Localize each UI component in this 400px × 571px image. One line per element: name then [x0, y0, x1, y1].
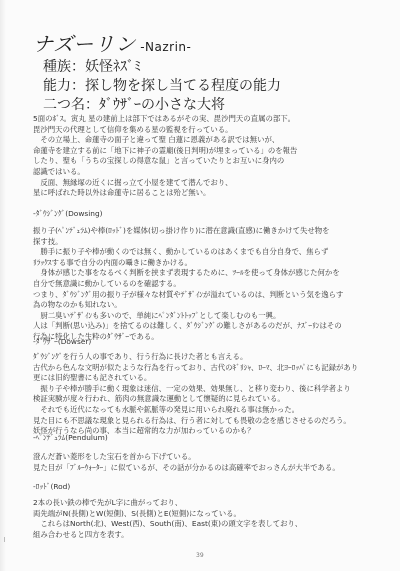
section-body-rod: 2本の長い鉄の棒で先がL字に曲がっており、 両先端がN(長側)とW(短側)、S(…	[33, 498, 368, 540]
section-body-pendulum: 澄んだ蒼い菱形をした宝石を首から下げている。 見た目が「ﾌﾞﾙｰｳｫｰﾀｰ」に似…	[33, 452, 368, 473]
page-number: 39	[196, 552, 204, 559]
text-line: 振り子や棒が勝手に動く現象は迷信、一定の効果、効果無し、と移り変わり、後に科学者…	[33, 384, 368, 395]
page-edge-shadow	[0, 0, 6, 571]
text-line: 毘沙門天の代理として信仰を集める星の監視を行っている。	[33, 125, 368, 136]
text-line: ﾀﾞｳｼﾞﾝｸﾞを行う人の事であり、行う行為に長けた者とも言える。	[33, 352, 368, 363]
text-line: 人は「判断(思い込み)」を捨てるのは難しく、ﾀﾞｳｼﾞﾝｸﾞの難しさがあるのだが…	[33, 321, 368, 332]
title-main: ナズーリン	[33, 32, 136, 56]
intro-paragraph: 5面のﾎﾞｽ。寅丸 星の建前上は部下ではあるがその実、毘沙門天の直属の部下。 毘…	[33, 114, 368, 199]
text-line: 厨二臭いﾃﾞｻﾞｲﾝも多いので、単純にﾍﾟﾝﾀﾞﾝﾄﾄｯﾌﾟとして楽しむのも一興…	[33, 311, 368, 322]
text-line: 自分で無意識に動かしているのを確認する。	[33, 279, 368, 290]
text-line: したり、聖も「うちの宝探しの得意な鼠」と言っていたりとお互いに身内の	[33, 156, 368, 167]
text-line: 星に呼ばれた時以外は命蓮寺に居ることは殆ど無い。	[33, 188, 368, 199]
binding-edge-mark	[4, 537, 8, 542]
section-heading-rod: -ﾛｯﾄﾞ(Rod)	[33, 481, 70, 492]
text-line: 検証実験が度々行われ、筋肉の無意識な運動として懐疑的に見られている。	[33, 394, 368, 405]
text-line: 2本の長い鉄の棒で先がL字に曲がっており、	[33, 498, 368, 509]
text-line: 身体が感じた事をなるべく判断を挟まず表現するために、ﾂｰﾙを使って身体が感じた何…	[33, 268, 368, 279]
text-line: その立場上、命蓮寺の面子と違って聖 白蓮に恩義がある訳では無いが、	[33, 135, 368, 146]
text-line: 反面、無縁塚の近くに掘っ立て小屋を建てて潜んでおり、	[33, 178, 368, 189]
page-title: ナズーリン-Nazrin-	[33, 28, 191, 57]
text-line: 勝手に振り子や棒が動くのでは無く、動かしているのはあくまでも自分自身で、焦らず	[33, 247, 368, 258]
section-heading-dowsing: -ﾀﾞｳｼﾞﾝｸﾞ(Dowsing)	[33, 208, 103, 219]
text-line: 振り子(ﾍﾟﾝﾃﾞｭﾗﾑ)や棒(ﾛｯﾄﾞ)を媒体(切っ掛け作り)に潜在意識(直感…	[33, 226, 368, 237]
text-line: 組み合わせると四方を表す。	[33, 530, 368, 541]
profile-epithet: 二つ名：ﾀﾞｳｻﾞｰの小さな大将	[43, 96, 281, 115]
profile-ability: 能力：探し物を探し当てる程度の能力	[43, 77, 281, 96]
text-line: 5面のﾎﾞｽ。寅丸 星の建前上は部下ではあるがその実、毘沙門天の直属の部下。	[33, 114, 368, 125]
text-line: それでも近代になっても水脈や鉱脈等の発見に用いられ廃れる事は無かった。	[33, 405, 368, 416]
text-line: 澄んだ蒼い菱形をした宝石を首から下げている。	[33, 452, 368, 463]
text-line: 探す技。	[33, 237, 368, 248]
text-line: 見た目にも不思議な現象と見られる行為は、行う者に対しても畏敬の念を感じさせるのだ…	[33, 416, 368, 427]
text-line: つまり、ﾀﾞｳｼﾞﾝｸﾞ用の振り子が様々な材質やﾃﾞｻﾞｲﾝが溢れているのは、判…	[33, 290, 368, 301]
text-line: 両先端がN(長側)とW(短側)、S(長側)とE(短側)になっている。	[33, 509, 368, 520]
document-page: ナズーリン-Nazrin- 種族：妖怪ﾈｽﾞﾐ 能力：探し物を探し当てる程度の能…	[0, 0, 400, 571]
text-line: 見た目が「ﾌﾞﾙｰｳｫｰﾀｰ」に似ているが、その話が分かるのは高確率でおっさんが…	[33, 463, 368, 474]
section-heading-pendulum: -ﾍﾟﾝﾃﾞｭﾗﾑ(Pendulum)	[33, 432, 108, 443]
title-romanized: -Nazrin-	[140, 40, 191, 54]
text-line: 更には旧約聖書にも記されている。	[33, 373, 368, 384]
text-line: これらはNorth(北)、West(西)、South(南)、East(東)の頭文…	[33, 519, 368, 530]
section-body-dowser: ﾀﾞｳｼﾞﾝｸﾞを行う人の事であり、行う行為に長けた者とも言える。 古代から色ん…	[33, 352, 368, 437]
text-line: 認識ではいる。	[33, 167, 368, 178]
text-line: 古代から色んな文明が似たような行為を行っており、古代のｷﾞﾘｼｬ、ﾛｰﾏ、北ﾖｰ…	[33, 363, 368, 374]
text-line: 命蓮寺を建立する前に「地下に神子の霊廟(後日判明)が埋まっている」のを報告	[33, 146, 368, 157]
text-line: ﾘﾗｯｸｽする事で自分の内面の囁きに働きかける。	[33, 258, 368, 269]
section-heading-dowser: -ﾀﾞｳｻﾞｰ(Dowser)	[33, 336, 91, 347]
character-profile: 種族：妖怪ﾈｽﾞﾐ 能力：探し物を探し当てる程度の能力 二つ名：ﾀﾞｳｻﾞｰの小…	[43, 58, 281, 115]
profile-species: 種族：妖怪ﾈｽﾞﾐ	[43, 58, 281, 77]
section-body-dowsing: 振り子(ﾍﾟﾝﾃﾞｭﾗﾑ)や棒(ﾛｯﾄﾞ)を媒体(切っ掛け作り)に潜在意識(直感…	[33, 226, 368, 343]
text-line: 為の物なのかも知れない。	[33, 300, 368, 311]
